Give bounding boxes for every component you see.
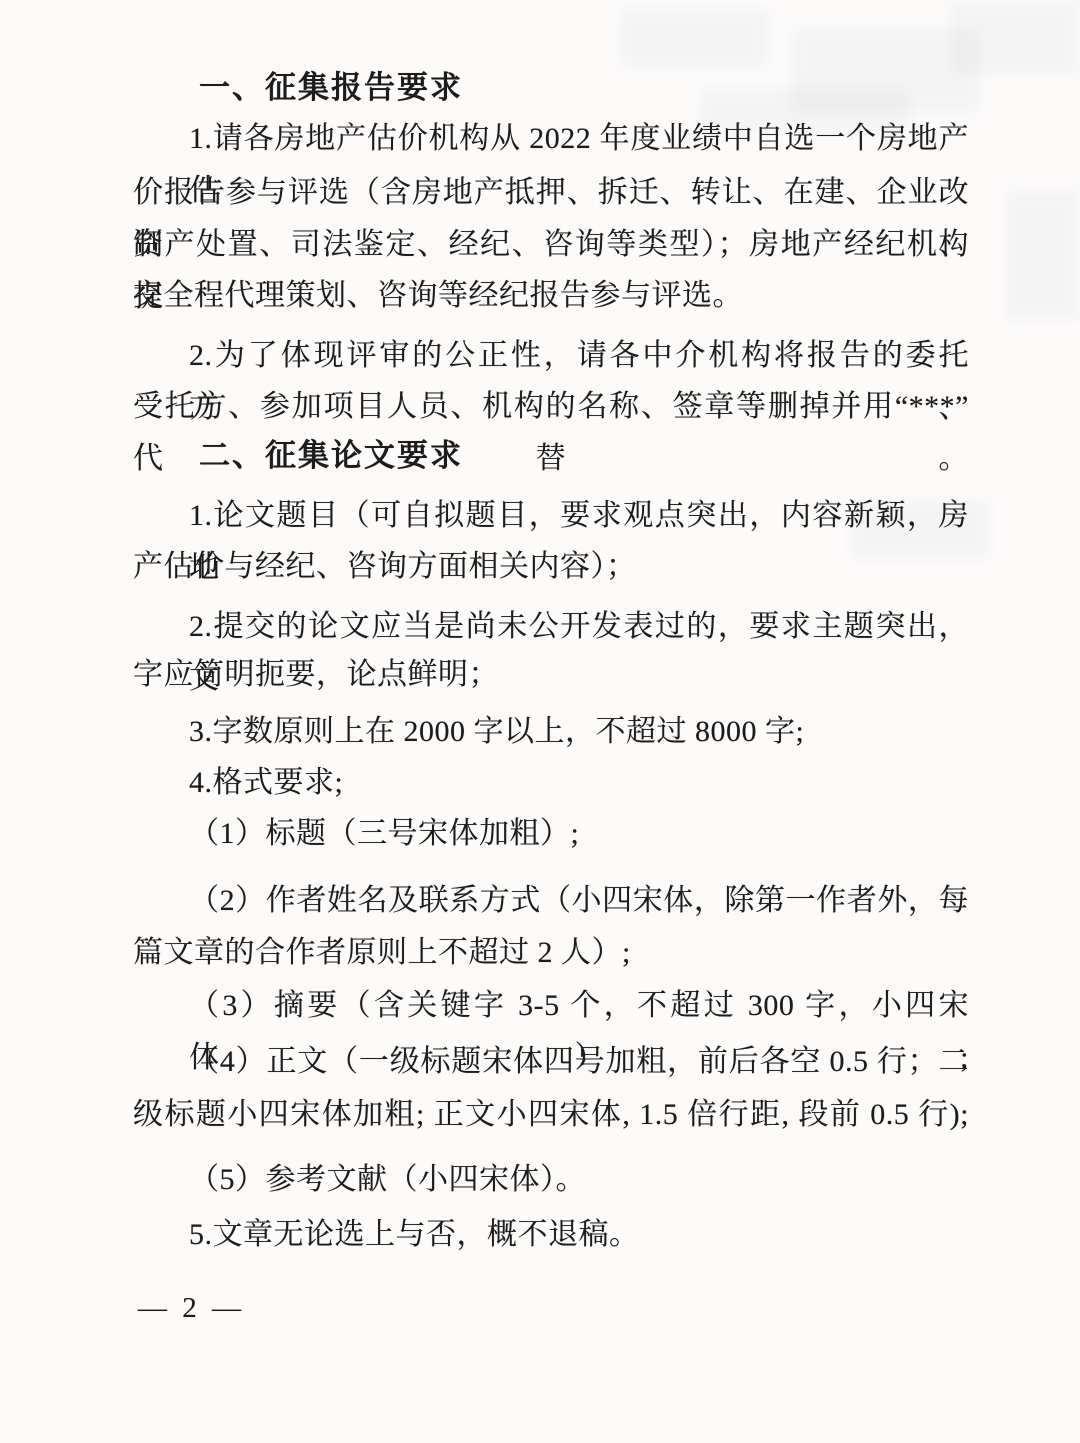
scan-artifact [950, 0, 1080, 75]
text-line: 级标题小四宋体加粗; 正文小四宋体, 1.5 倍行距, 段前 0.5 行); [133, 1089, 969, 1141]
text-line: 5.文章无论选上与否，概不退稿。 [133, 1209, 969, 1261]
document-page: — 2 — 一、征集报告要求1.请各房地产估价机构从 2022 年度业绩中自选一… [0, 0, 1080, 1443]
text-line: 受托方、参加项目人员、机构的名称、签章等删掉并用“***”代替。 [133, 381, 969, 433]
section-heading: 二、征集论文要求 [133, 430, 969, 482]
text-line: 4.格式要求; [133, 757, 969, 809]
text-line: 1.请各房地产估价机构从 2022 年度业绩中自选一个房地产估 [133, 113, 969, 165]
text-line: （3）摘要（含关键字 3-5 个，不超过 300 字，小四宋体）; [133, 980, 969, 1032]
text-line: （2）作者姓名及联系方式（小四宋体，除第一作者外，每 [133, 875, 969, 927]
text-line: （1）标题（三号宋体加粗）; [133, 808, 969, 860]
text-line: 字应简明扼要，论点鲜明； [133, 649, 969, 701]
text-line: 2.提交的论文应当是尚未公开发表过的，要求主题突出，文 [133, 601, 969, 653]
text-line: 交全程代理策划、咨询等经纪报告参与评选。 [133, 270, 969, 322]
scan-artifact [1005, 190, 1080, 320]
text-line: （4）正文（一级标题宋体四号加粗，前后各空 0.5 行；二 [133, 1036, 969, 1088]
text-line: 3.字数原则上在 2000 字以上，不超过 8000 字; [133, 706, 969, 758]
text-line: 产估价与经纪、咨询方面相关内容）； [133, 541, 969, 593]
text-line: 2.为了体现评审的公正性，请各中介机构将报告的委托方、 [133, 330, 969, 382]
scan-artifact [620, 8, 770, 68]
text-line: 篇文章的合作者原则上不超过 2 人）; [133, 927, 969, 979]
section-heading: 一、征集报告要求 [133, 62, 969, 114]
page-number: — 2 — [138, 1282, 245, 1334]
text-line: 1.论文题目（可自拟题目，要求观点突出，内容新颖，房地 [133, 490, 969, 542]
text-line: 资产处置、司法鉴定、经纪、咨询等类型）；房地产经纪机构提 [133, 219, 969, 271]
text-line: （5）参考文献（小四宋体）。 [133, 1154, 969, 1206]
text-line: 价报告参与评选（含房地产抵押、拆迁、转让、在建、企业改制、 [133, 167, 969, 219]
